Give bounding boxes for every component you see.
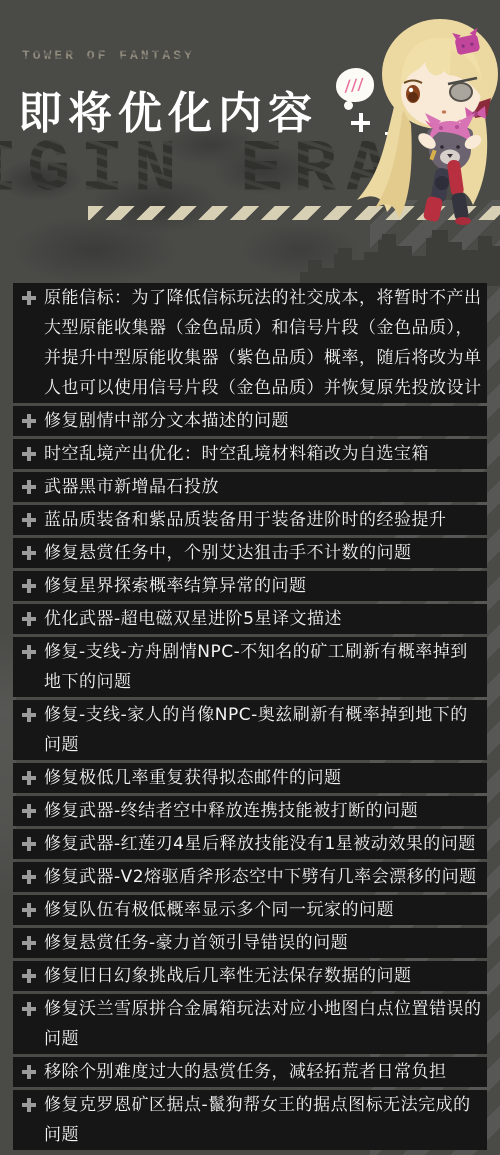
list-item: 优化武器-超电磁双星进阶5星译文描述: [13, 604, 487, 634]
plus-icon: [13, 505, 44, 535]
page-title: 即将优化内容: [18, 90, 318, 138]
plus-icon: [13, 961, 44, 991]
list-item-text: 修复克罗恩矿区据点-鬣狗帮女王的据点图标无法完成的问题: [44, 1090, 483, 1150]
list-item: 修复武器-终结者空中释放连携技能被打断的问题: [13, 796, 487, 826]
list-item-text: 原能信标：为了降低信标玩法的社交成本，将暂时不产出大型原能收集器（金色品质）和信…: [44, 283, 483, 403]
plus-icon: [13, 406, 44, 436]
list-item: 修复悬赏任务-豪力首领引导错误的问题: [13, 928, 487, 958]
list-item: 原能信标：为了降低信标玩法的社交成本，将暂时不产出大型原能收集器（金色品质）和信…: [13, 283, 487, 403]
list-item-text: 修复旧日幻象挑战后几率性无法保存数据的问题: [44, 961, 483, 991]
plus-icon: [13, 763, 44, 793]
list-item-text: 修复极低几率重复获得拟态邮件的问题: [44, 763, 483, 793]
list-item-text: 修复武器-终结者空中释放连携技能被打断的问题: [44, 796, 483, 826]
plus-icon: [13, 928, 44, 958]
plus-icon: [13, 604, 44, 634]
plus-icon: [13, 571, 44, 601]
list-item: 修复-支线-家人的肖像NPC-奥兹刷新有概率掉到地下的问题: [13, 700, 487, 760]
list-item-text: 移除个别难度过大的悬赏任务，减轻拓荒者日常负担: [44, 1057, 483, 1087]
plus-icon: [13, 700, 44, 730]
city-skyline-icon: [300, 226, 500, 286]
list-item-text: 修复沃兰雪原拼合金属箱玩法对应小地图白点位置错误的问题: [44, 994, 483, 1054]
list-item-text: 蓝品质装备和紫品质装备用于装备进阶时的经验提升: [44, 505, 483, 535]
plus-icon: [13, 1090, 44, 1120]
plus-icon: [13, 637, 44, 667]
list-item: 蓝品质装备和紫品质装备用于装备进阶时的经验提升: [13, 505, 487, 535]
list-item: 修复剧情中部分文本描述的问题: [13, 406, 487, 436]
plus-icon: [13, 1057, 44, 1087]
list-item-text: 优化武器-超电磁双星进阶5星译文描述: [44, 604, 483, 634]
list-item-text: 修复武器-V2熔驱盾斧形态空中下劈有几率会漂移的问题: [44, 862, 483, 892]
page-root: { "header": { "brand": "TOWER OF FANTASY…: [0, 0, 500, 1155]
list-item: 时空乱境产出优化：时空乱境材料箱改为自选宝箱: [13, 439, 487, 469]
list-item-text: 时空乱境产出优化：时空乱境材料箱改为自选宝箱: [44, 439, 483, 469]
plus-icon: [13, 829, 44, 859]
list-item: 修复武器-V2熔驱盾斧形态空中下劈有几率会漂移的问题: [13, 862, 487, 892]
list-item: 修复极低几率重复获得拟态邮件的问题: [13, 763, 487, 793]
stencil-background-text: IGIN ERA: [0, 133, 400, 206]
list-item-text: 修复悬赏任务中，个别艾达狙击手不计数的问题: [44, 538, 483, 568]
chibi-character-illustration: [345, 0, 500, 230]
plus-icon: [13, 472, 44, 502]
list-item-text: 修复-支线-方舟剧情NPC-不知名的矿工刷新有概率掉到地下的问题: [44, 637, 483, 697]
list-item-text: 修复剧情中部分文本描述的问题: [44, 406, 483, 436]
list-item: 修复-支线-方舟剧情NPC-不知名的矿工刷新有概率掉到地下的问题: [13, 637, 487, 697]
plus-icon: [13, 796, 44, 826]
list-item: 修复旧日幻象挑战后几率性无法保存数据的问题: [13, 961, 487, 991]
list-item-text: 修复武器-红莲刃4星后释放技能没有1星被动效果的问题: [44, 829, 483, 859]
list-item: 修复星界探索概率结算异常的问题: [13, 571, 487, 601]
plus-icon: [13, 895, 44, 925]
list-item-text: 修复队伍有极低概率显示多个同一玩家的问题: [44, 895, 483, 925]
list-item: 修复队伍有极低概率显示多个同一玩家的问题: [13, 895, 487, 925]
patch-list: 原能信标：为了降低信标玩法的社交成本，将暂时不产出大型原能收集器（金色品质）和信…: [13, 283, 487, 1150]
plus-icon: [13, 994, 44, 1024]
plus-icon: [13, 283, 44, 313]
plus-icon: [13, 439, 44, 469]
brand-text: TOWER OF FANTASY: [22, 48, 195, 63]
list-item: 修复悬赏任务中，个别艾达狙击手不计数的问题: [13, 538, 487, 568]
list-item-text: 修复-支线-家人的肖像NPC-奥兹刷新有概率掉到地下的问题: [44, 700, 483, 760]
plus-icon: [13, 862, 44, 892]
list-item-text: 武器黑市新增晶石投放: [44, 472, 483, 502]
list-item-text: 修复悬赏任务-豪力首领引导错误的问题: [44, 928, 483, 958]
list-item: 修复武器-红莲刃4星后释放技能没有1星被动效果的问题: [13, 829, 487, 859]
list-item: 武器黑市新增晶石投放: [13, 472, 487, 502]
list-item-text: 修复星界探索概率结算异常的问题: [44, 571, 483, 601]
list-item: 移除个别难度过大的悬赏任务，减轻拓荒者日常负担: [13, 1057, 487, 1087]
plus-icon: [13, 538, 44, 568]
list-item: 修复沃兰雪原拼合金属箱玩法对应小地图白点位置错误的问题: [13, 994, 487, 1054]
list-item: 修复克罗恩矿区据点-鬣狗帮女王的据点图标无法完成的问题: [13, 1090, 487, 1150]
